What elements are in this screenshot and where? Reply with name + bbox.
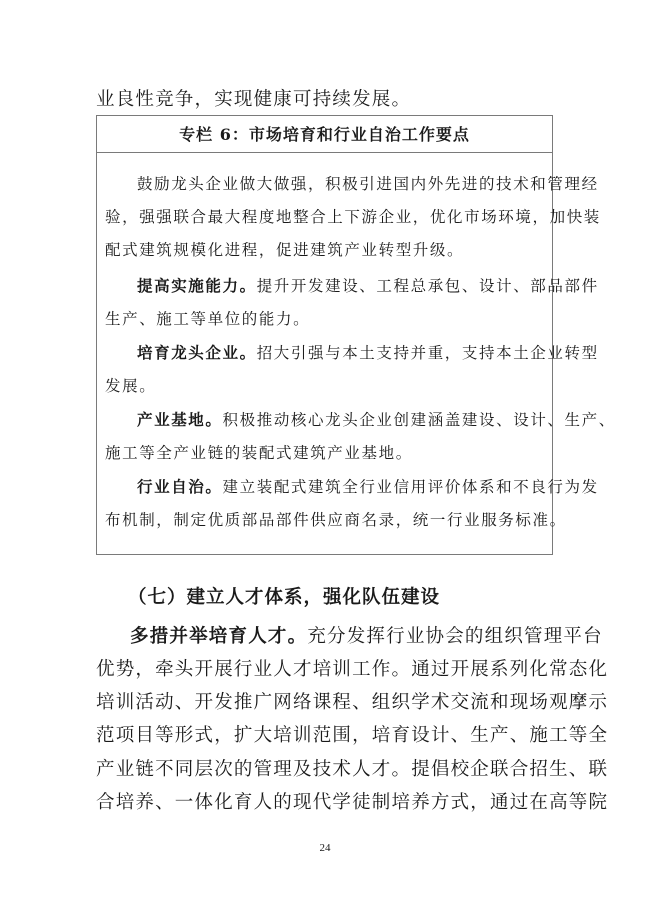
- item-bold-label: 产业基地。: [137, 410, 223, 429]
- paragraph-continuation: 业良性竞争，实现健康可持续发展。: [96, 88, 556, 112]
- box-item-line: 布机制，制定优质部品部件供应商名录，统一行业服务标准。: [105, 509, 567, 531]
- lead-text: 充分发挥行业协会的组织管理平台: [307, 626, 603, 647]
- box-item-line: 生产、施工等单位的能力。: [105, 308, 310, 330]
- item-bold-label: 行业自治。: [137, 477, 223, 496]
- box-intro-line: 验，强强联合最大程度地整合上下游企业，优化市场环境，加快装: [105, 206, 601, 228]
- box-item-line: 提高实施能力。提升开发建设、工程总承包、设计、部品部件: [137, 275, 599, 297]
- box-item-line: 培育龙头企业。招大引强与本土支持并重，支持本土企业转型: [137, 342, 599, 364]
- section-paragraph-line: 培训活动、开发推广网络课程、组织学术交流和现场观摩示: [96, 691, 556, 715]
- box-intro-line: 配式建筑规模化进程，促进建筑产业转型升级。: [105, 239, 464, 261]
- item-text: 建立装配式建筑全行业信用评价体系和不良行为发: [223, 478, 599, 496]
- box-intro-line: 鼓励龙头企业做大做强，积极引进国内外先进的技术和管理经: [137, 173, 599, 195]
- item-bold-label: 提高实施能力。: [137, 276, 257, 295]
- section-paragraph-line: 产业链不同层次的管理及技术人才。提倡校企联合招生、联: [96, 758, 556, 782]
- section-paragraph-line: 合培养、一体化育人的现代学徒制培养方式，通过在高等院: [96, 791, 556, 815]
- box-item-line: 发展。: [105, 375, 156, 397]
- section-paragraph-line: 范项目等形式，扩大培训范围，培育设计、生产、施工等全: [96, 724, 556, 748]
- item-text: 招大引强与本土支持并重，支持本土企业转型: [257, 344, 599, 362]
- section-heading: （七）建立人才体系，强化队伍建设: [128, 586, 440, 610]
- page-number: 24: [0, 842, 650, 854]
- box-title: 专栏 6：市场培育和行业自治工作要点: [97, 116, 552, 153]
- item-text: 积极推动核心龙头企业创建涵盖建设、设计、生产、: [223, 411, 616, 429]
- section-paragraph-line: 多措并举培育人才。充分发挥行业协会的组织管理平台: [130, 625, 590, 649]
- sidebar-box-column-6: 专栏 6：市场培育和行业自治工作要点 鼓励龙头企业做大做强，积极引进国内外先进的…: [96, 115, 553, 555]
- document-page: 业良性竞争，实现健康可持续发展。 专栏 6：市场培育和行业自治工作要点 鼓励龙头…: [0, 0, 650, 919]
- section-paragraph-line: 优势，牵头开展行业人才培训工作。通过开展系列化常态化: [96, 658, 556, 682]
- lead-bold-label: 多措并举培育人才。: [130, 626, 307, 647]
- item-bold-label: 培育龙头企业。: [137, 343, 257, 362]
- box-item-line: 产业基地。积极推动核心龙头企业创建涵盖建设、设计、生产、: [137, 409, 616, 431]
- box-item-line: 行业自治。建立装配式建筑全行业信用评价体系和不良行为发: [137, 476, 599, 498]
- item-text: 提升开发建设、工程总承包、设计、部品部件: [257, 277, 599, 295]
- box-item-line: 施工等全产业链的装配式建筑产业基地。: [105, 442, 413, 464]
